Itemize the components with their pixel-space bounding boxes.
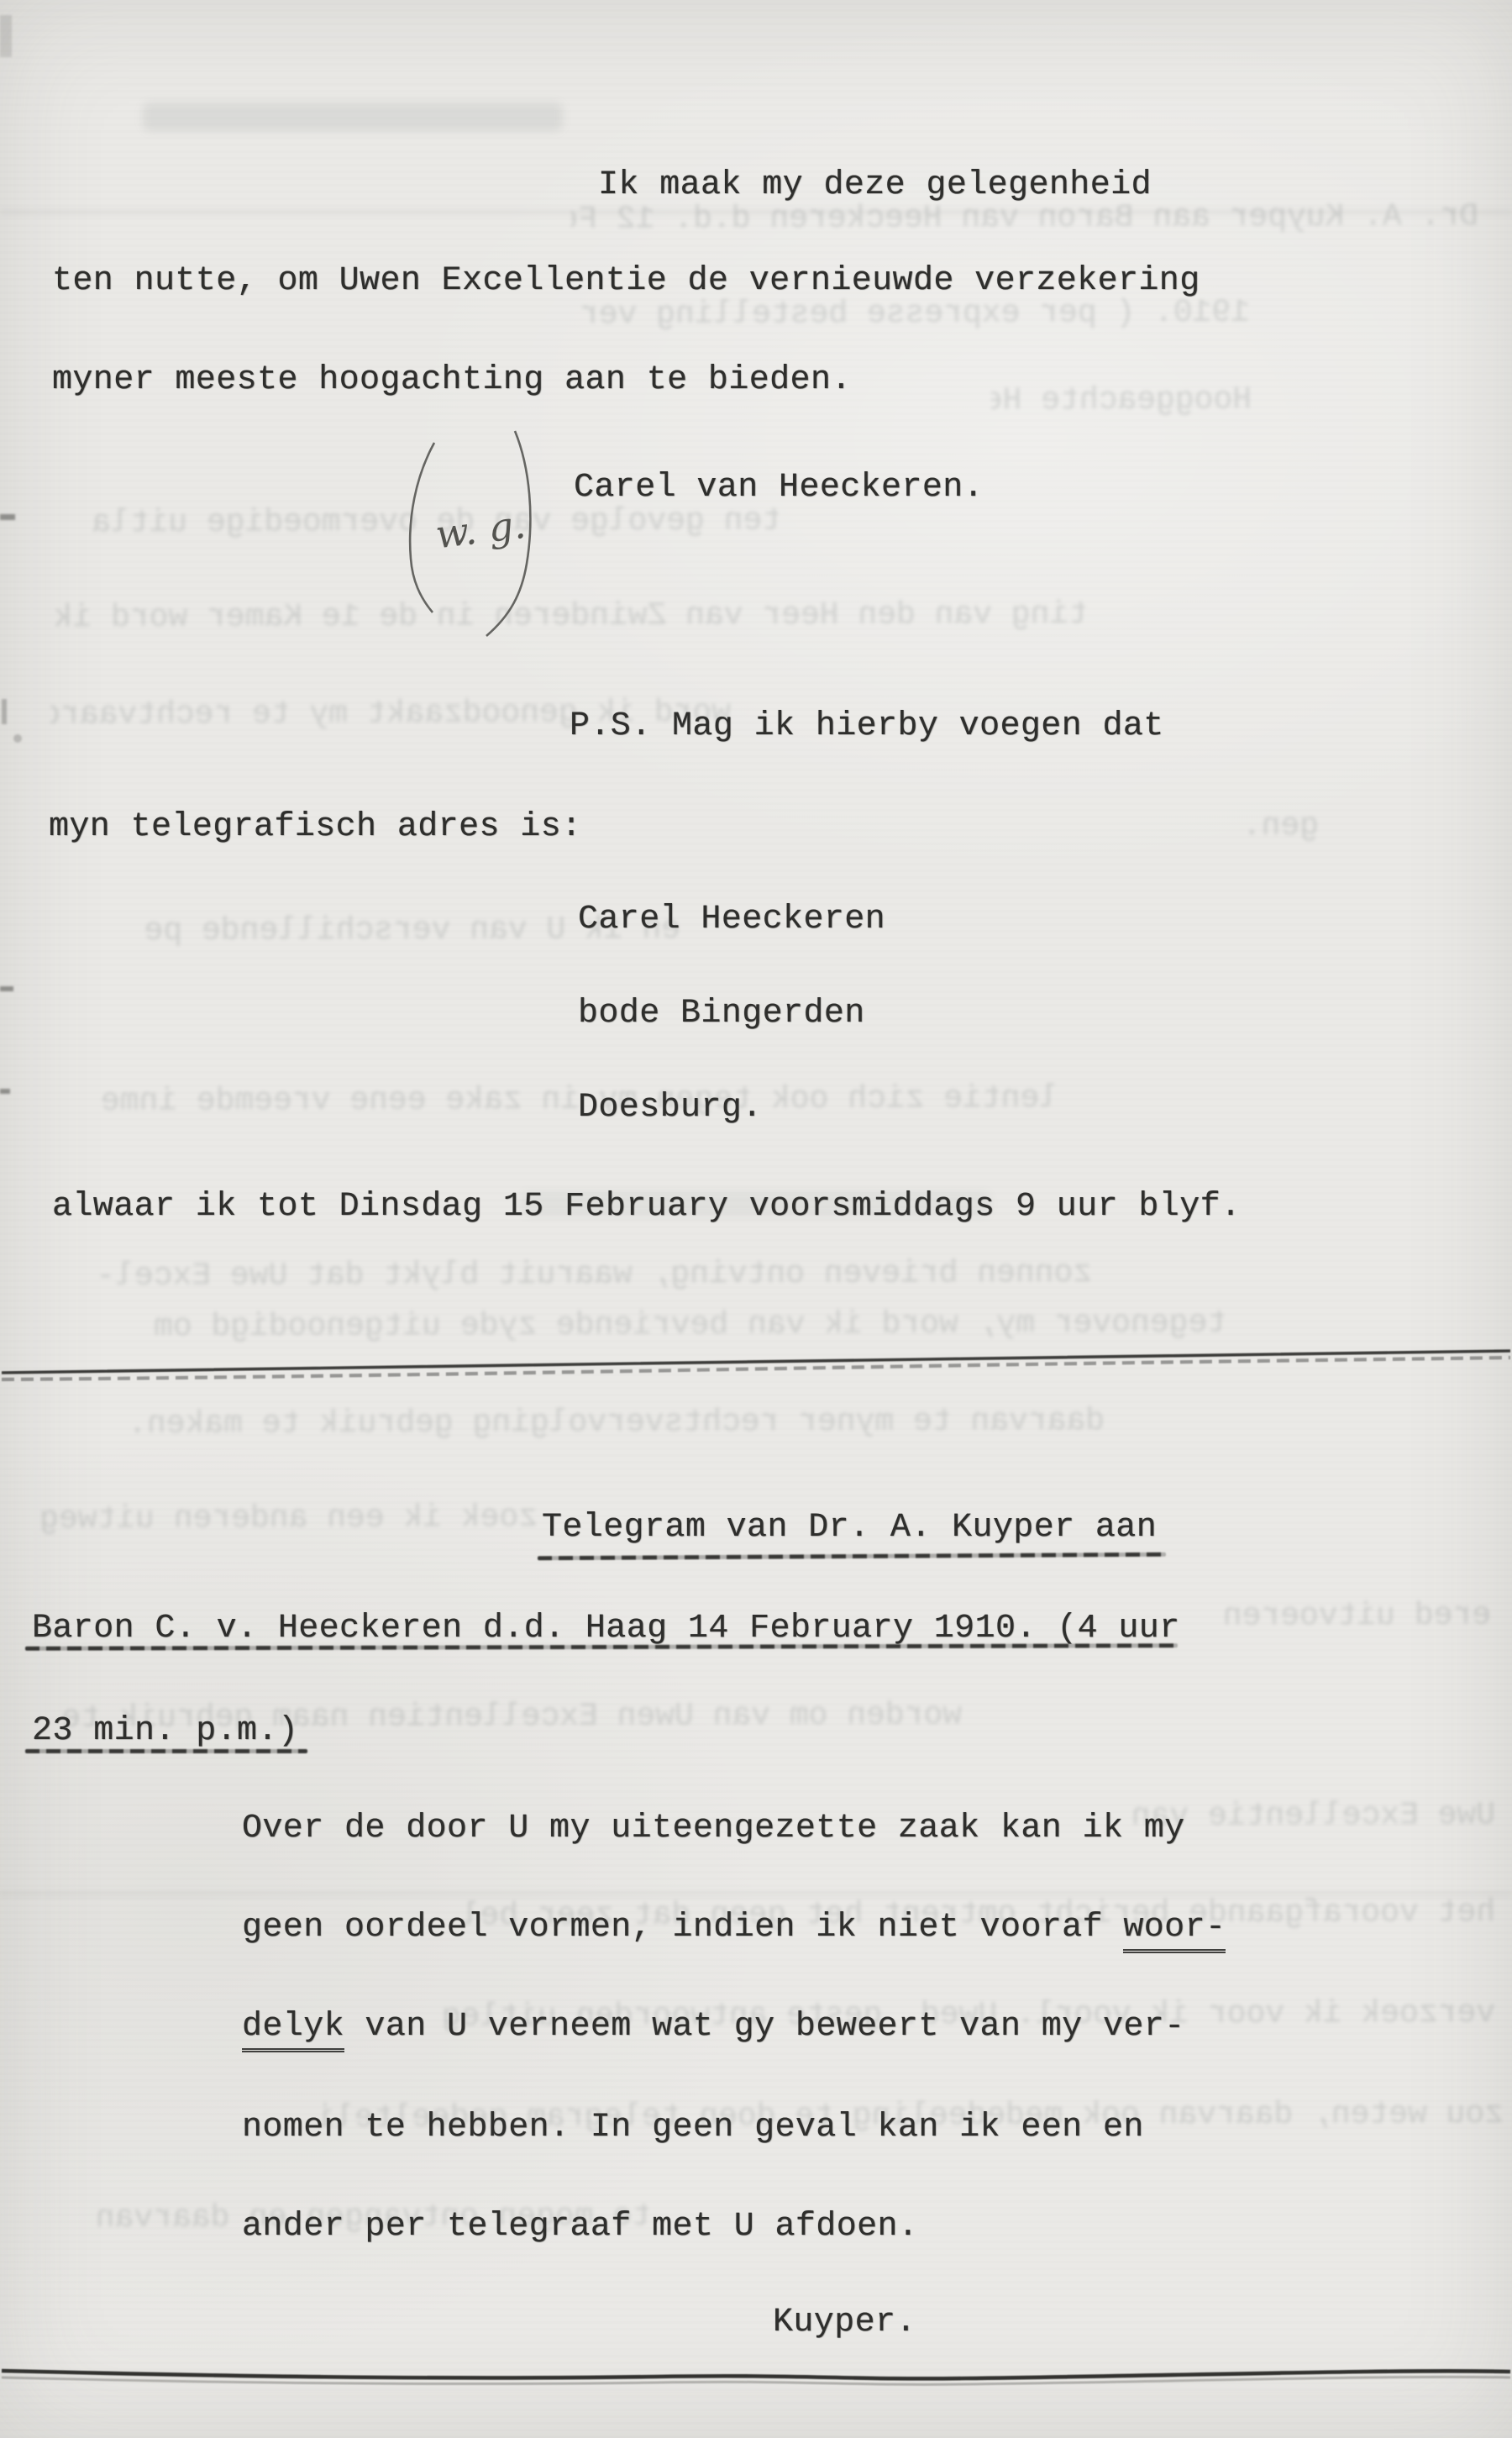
telegram-heading-line-2: Baron C. v. Heeckeren d.d. Haag 14 Febru… — [32, 1610, 1180, 1648]
bleedthrough-line: lentie zich ook tegen my in zake eene vr… — [25, 1080, 1058, 1121]
bleedthrough-line: zonnen brieven ontving, waaruit blykt da… — [25, 1255, 1092, 1295]
postscript-line-1: P.S. Mag ik hierby voegen dat — [570, 707, 1164, 746]
edge-speck — [0, 1089, 10, 1094]
telegram-heading-line-1: Telegram van Dr. A. Kuyper aan — [542, 1509, 1157, 1547]
edge-speck — [0, 986, 13, 991]
handwritten-wg-mark: w. g. — [382, 424, 575, 643]
bleedthrough-line: Hooggeachte Heer — [991, 381, 1252, 419]
postscript-line-2: myn telegrafisch adres is: — [49, 808, 582, 847]
telegram-heading-line-3: 23 min. p.m.) — [32, 1712, 298, 1751]
bleedthrough-line: gen. — [1235, 808, 1319, 845]
bleedthrough-line: zoek ik een anderen uitweg uit den — [34, 1500, 538, 1538]
scanned-letter-page: Dr. A. Kuyper aan Baron van Heeckeren d.… — [0, 0, 1512, 2438]
postscript-line-3: alwaar ik tot Dinsdag 15 February voorsm… — [52, 1188, 1241, 1227]
telegram-body-line-5: ander per telegraaf met U afdoen. — [242, 2208, 918, 2246]
telegram-body-line-2: geen oordeel vormen, indien ik niet voor… — [242, 1909, 1226, 1947]
wg-handwriting: w. g. — [433, 502, 528, 558]
section-separator-rule — [0, 1332, 1512, 1400]
telegram-heading-underline — [25, 1749, 307, 1753]
telegram-underlined-word: delyk — [242, 2008, 344, 2052]
telegram-underlined-word: woor- — [1123, 1909, 1226, 1953]
left-parenthesis-stroke — [410, 443, 434, 612]
letter-signature-name: Carel van Heeckeren. — [574, 469, 984, 507]
telegraph-address-line-2: bode Bingerden — [578, 995, 865, 1033]
telegram-heading-underline — [538, 1553, 1166, 1561]
telegraph-address-line-3: Doesburg. — [578, 1089, 763, 1127]
edge-speck — [0, 514, 15, 520]
edge-speck — [0, 15, 12, 57]
bleedthrough-line: ered uitvoeren — [1197, 1597, 1491, 1635]
letter-closing-line-3: myner meeste hoogachting aan te bieden. — [52, 361, 852, 400]
telegram-body-line-3: delyk van U verneem wat gy beweert van m… — [242, 2008, 1185, 2047]
bleedthrough-line: daarvan te myner rechtsvervolging gebrui… — [122, 1403, 1105, 1443]
letter-closing-line-2: ten nutte, om Uwen Excellentie de vernie… — [52, 262, 1200, 301]
telegram-body-line-1: Over de door U my uiteengezette zaak kan… — [242, 1810, 1185, 1848]
telegram-signature: Kuyper. — [773, 2304, 916, 2342]
telegram-body-line-3-text: van U verneem wat gy beweert van my ver- — [344, 2008, 1185, 2046]
telegram-body-line-4: nomen te hebben. In geen geval kan ik ee… — [242, 2109, 1144, 2147]
bottom-rule — [0, 2346, 1512, 2404]
telegraph-address-line-1: Carel Heeckeren — [578, 901, 885, 939]
edge-speck — [13, 734, 22, 743]
letter-closing-line-1: Ik maak my deze gelegenheid — [598, 166, 1152, 205]
ink-smudge — [143, 102, 563, 131]
telegram-body-line-2-text: geen oordeel vormen, indien ik niet voor… — [242, 1909, 1123, 1947]
edge-speck — [2, 699, 7, 724]
